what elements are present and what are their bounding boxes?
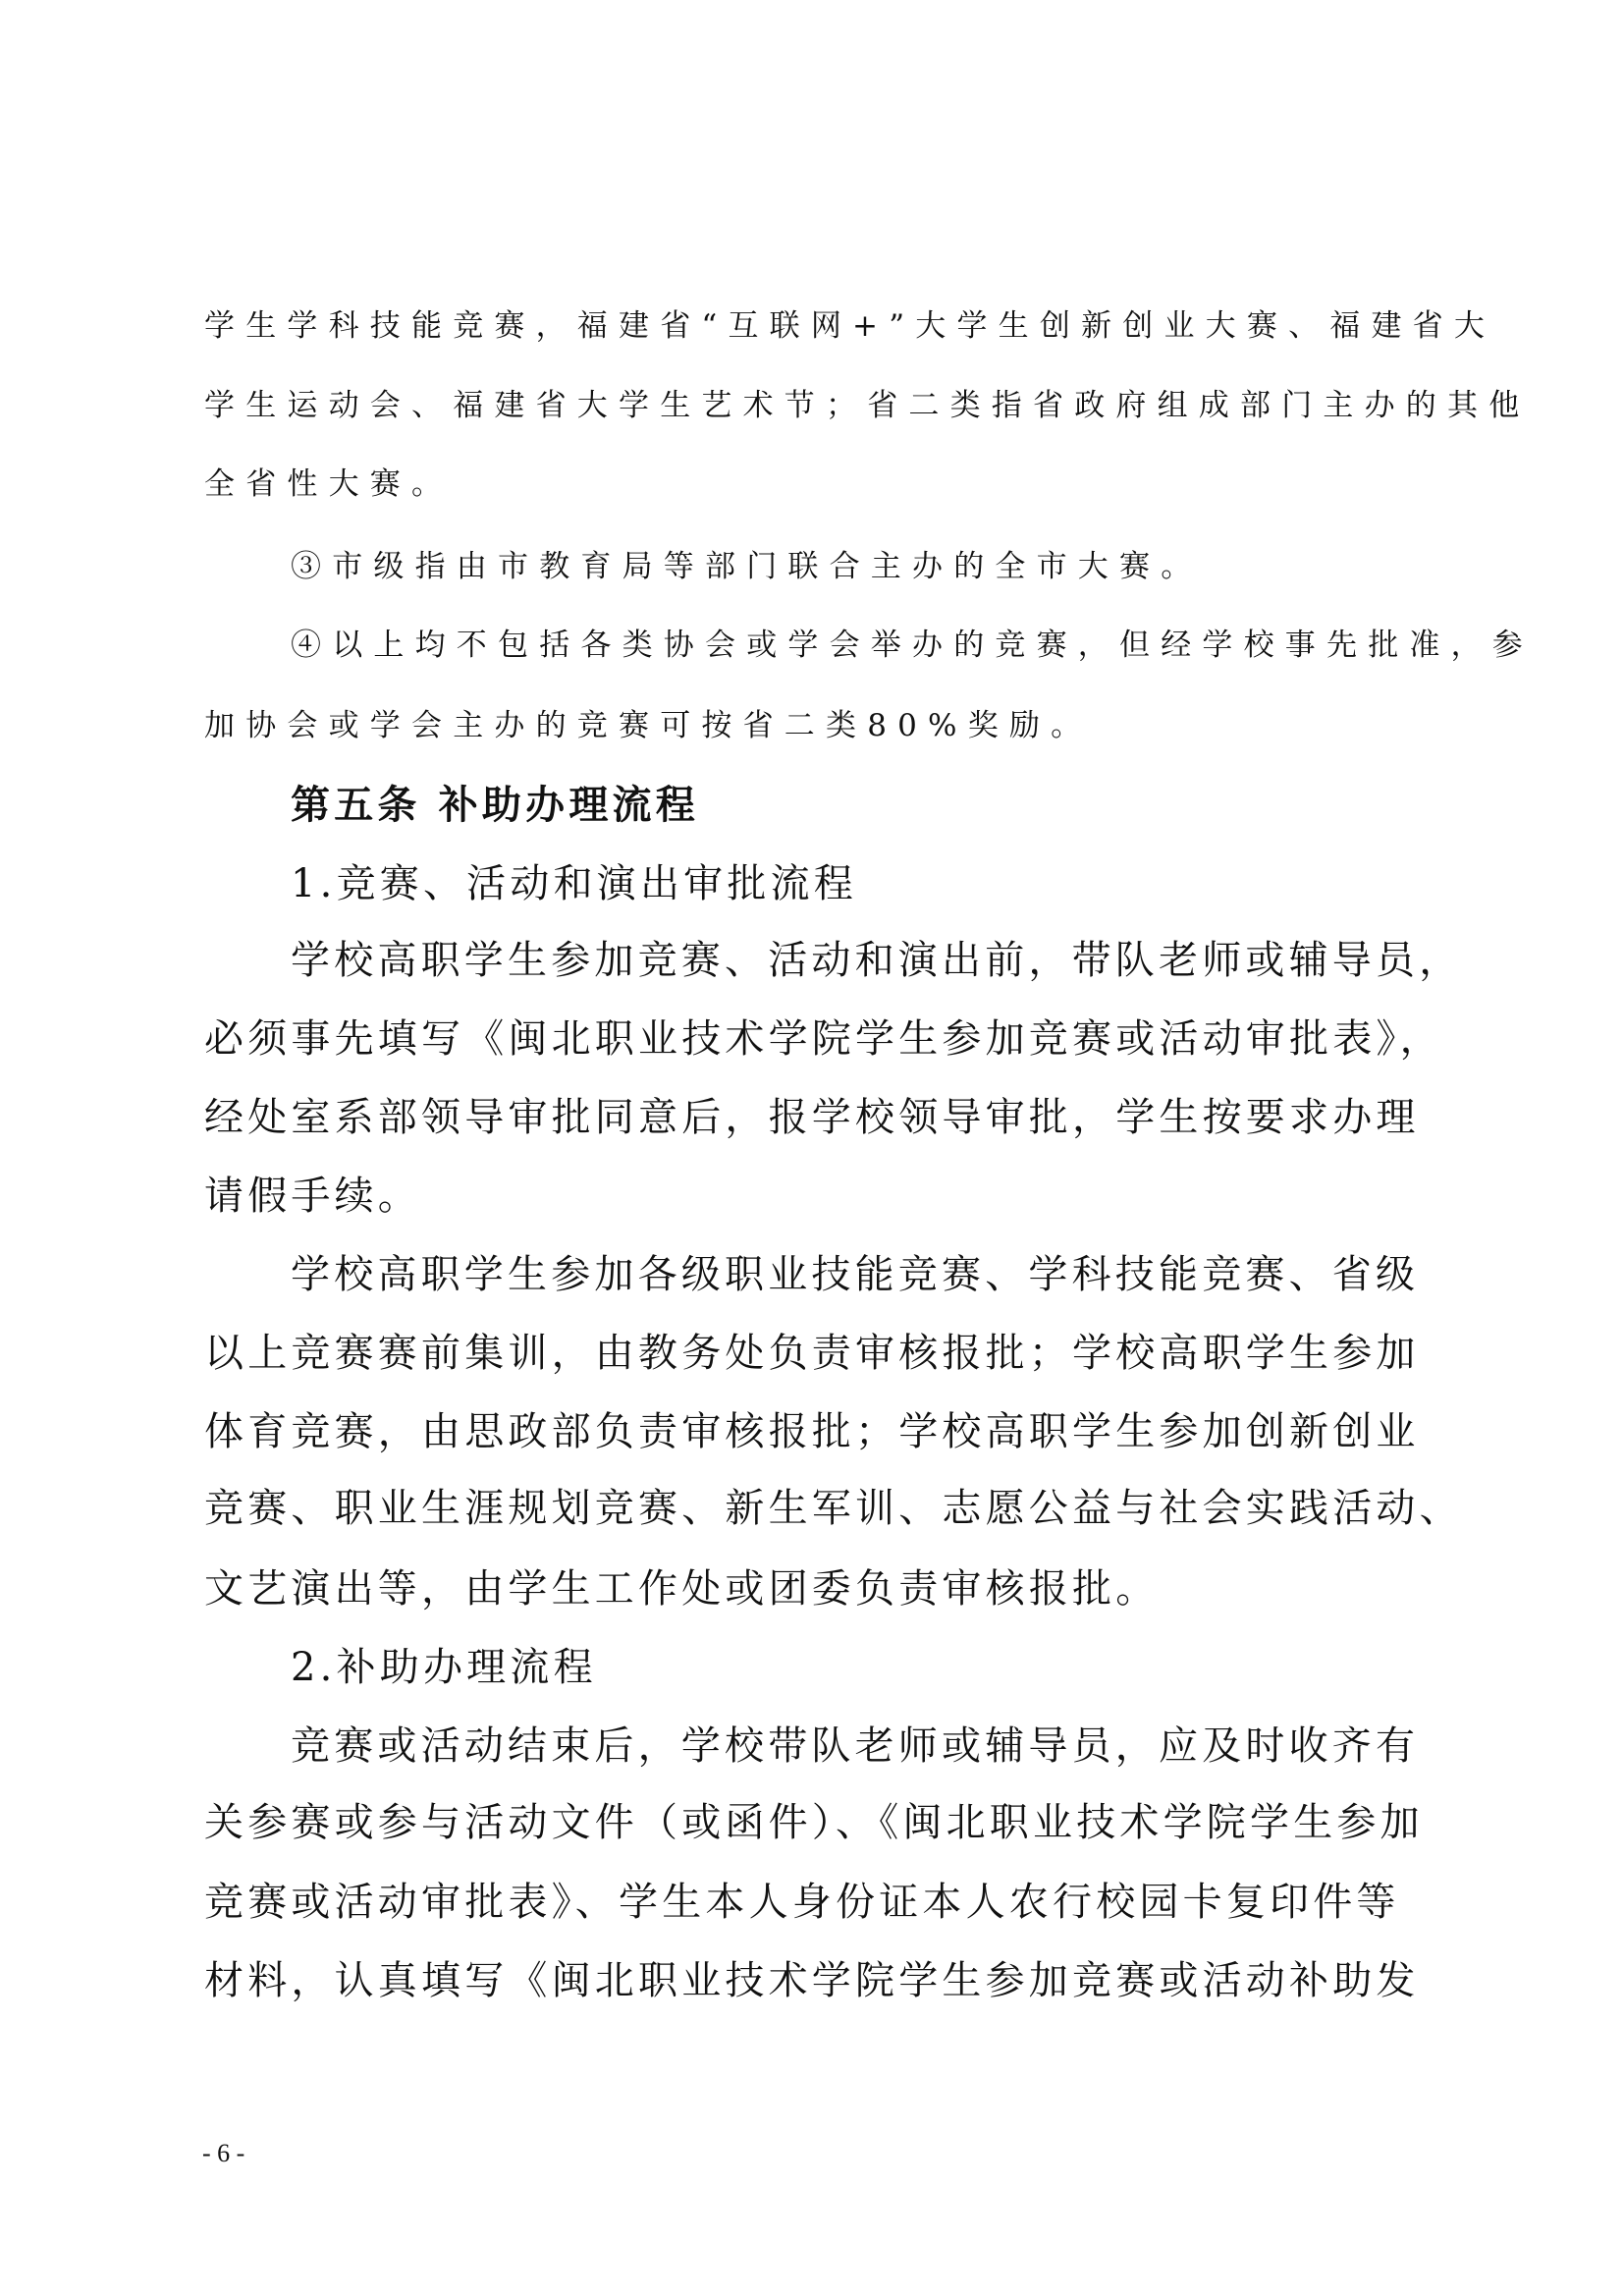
body-line: 学生学科技能竞赛，福建省“互联网+”大学生创新创业大赛、福建省大 <box>204 311 1422 342</box>
paragraph-line: 关参赛或参与活动文件（或函件）、《闽北职业技术学院学生参加 <box>204 1803 1422 1842</box>
page-number: - 6 - <box>202 2139 244 2168</box>
paragraph-line: 请假手续。 <box>204 1176 1422 1216</box>
paragraph-line: 以上竞赛赛前集训，由教务处负责审核报批；学校高职学生参加 <box>204 1334 1422 1373</box>
body-line: 加协会或学会主办的竞赛可按省二类80%奖励。 <box>204 711 1422 741</box>
paragraph-line: 经处室系部领导审批同意后，报学校领导审批，学生按要求办理 <box>204 1098 1422 1137</box>
article-heading: 第五条 补助办理流程 <box>291 786 1508 825</box>
list-item-4: ④以上均不包括各类协会或学会举办的竞赛，但经学校事先批准，参 <box>291 630 1508 661</box>
paragraph-line: 学校高职学生参加竞赛、活动和演出前，带队老师或辅导员， <box>291 941 1508 980</box>
section-heading-2: 2.补助办理流程 <box>291 1648 1508 1687</box>
body-line: 全省性大赛。 <box>204 469 1422 500</box>
body-line: 学生运动会、福建省大学生艺术节；省二类指省政府组成部门主办的其他 <box>204 391 1422 421</box>
paragraph-line: 竞赛或活动审批表》、学生本人身份证本人农行校园卡复印件等 <box>204 1883 1422 1922</box>
list-item-3: ③市级指由市教育局等部门联合主办的全市大赛。 <box>291 552 1508 582</box>
section-heading-1: 1.竞赛、活动和演出审批流程 <box>291 864 1508 903</box>
paragraph-line: 竞赛、职业生涯规划竞赛、新生军训、志愿公益与社会实践活动、 <box>204 1489 1422 1528</box>
paragraph-line: 学校高职学生参加各级职业技能竞赛、学科技能竞赛、省级 <box>291 1255 1508 1294</box>
paragraph-line: 材料，认真填写《闽北职业技术学院学生参加竞赛或活动补助发 <box>204 1961 1422 2000</box>
paragraph-line: 文艺演出等，由学生工作处或团委负责审核报批。 <box>204 1569 1422 1609</box>
document-page: 学生学科技能竞赛，福建省“互联网+”大学生创新创业大赛、福建省大 学生运动会、福… <box>0 0 1623 2296</box>
paragraph-line: 竞赛或活动结束后，学校带队老师或辅导员，应及时收齐有 <box>291 1726 1508 1766</box>
paragraph-line: 必须事先填写《闽北职业技术学院学生参加竞赛或活动审批表》， <box>204 1019 1422 1059</box>
paragraph-line: 体育竞赛，由思政部负责审核报批；学校高职学生参加创新创业 <box>204 1412 1422 1451</box>
